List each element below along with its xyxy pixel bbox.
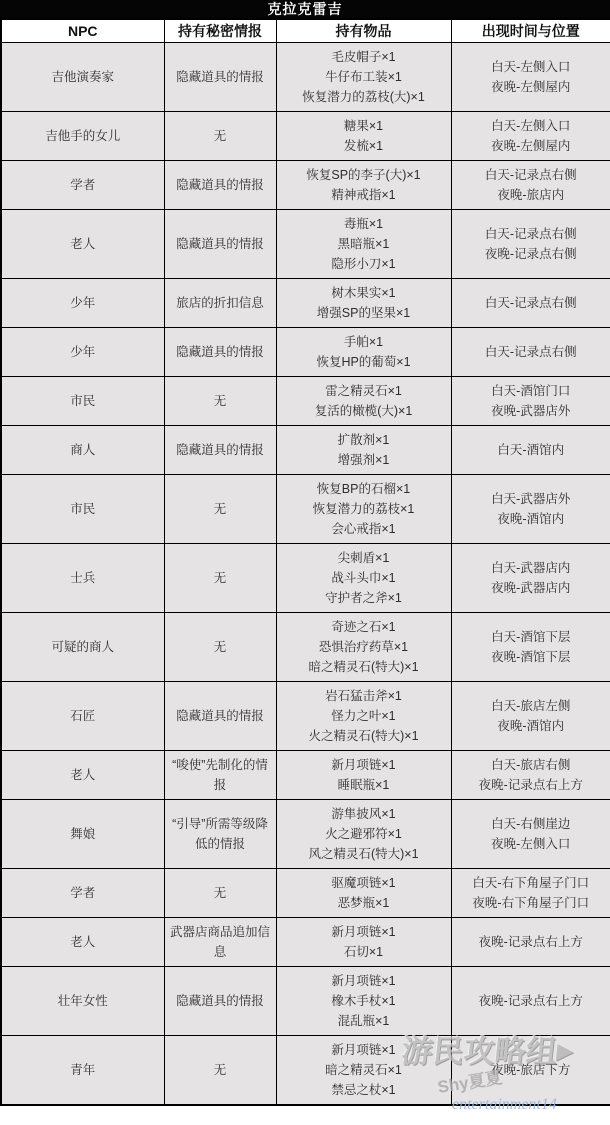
npc-name-cell: 舞娘 [1,800,164,869]
secret-info-cell: “引导”所需等级降低的情报 [164,800,276,869]
secret-info-cell: 隐藏道具的情报 [164,967,276,1036]
guide-table-page: 克拉克雷吉 NPC 持有秘密情报 持有物品 出现时间与位置 吉他演奏家 隐藏道具… [0,0,610,1125]
table-body: 吉他演奏家 隐藏道具的情报 毛皮帽子×1 牛仔布工装×1 恢复潜力的荔枝(大)×… [1,43,610,1106]
secret-info-cell: 无 [164,112,276,161]
table-row: 吉他演奏家 隐藏道具的情报 毛皮帽子×1 牛仔布工装×1 恢复潜力的荔枝(大)×… [1,43,610,112]
time-location-cell: 夜晚-旅店下方 [451,1036,610,1106]
time-location-cell: 白天-记录点右侧 夜晚-旅店内 [451,161,610,210]
column-header-items: 持有物品 [276,19,451,43]
secret-info-cell: 隐藏道具的情报 [164,43,276,112]
npc-name-cell: 学者 [1,869,164,918]
items-cell: 恢复SP的李子(大)×1 精神戒指×1 [276,161,451,210]
items-cell: 游隼披风×1 火之避邪符×1 风之精灵石(特大)×1 [276,800,451,869]
items-cell: 尖刺盾×1 战斗头巾×1 守护者之斧×1 [276,544,451,613]
time-location-cell: 白天-武器店内 夜晚-武器店内 [451,544,610,613]
secret-info-cell: 隐藏道具的情报 [164,161,276,210]
time-location-cell: 白天-酒馆门口 夜晚-武器店外 [451,377,610,426]
items-cell: 新月项链×1 暗之精灵石×1 禁忌之杖×1 [276,1036,451,1106]
npc-name-cell: 市民 [1,377,164,426]
table-row: 吉他手的女儿 无 糖果×1 发梳×1 白天-左侧入口 夜晚-左侧屋内 [1,112,610,161]
table-header: NPC 持有秘密情报 持有物品 出现时间与位置 [1,19,610,43]
header-row: NPC 持有秘密情报 持有物品 出现时间与位置 [1,19,610,43]
secret-info-cell: 无 [164,1036,276,1106]
column-header-secret-info: 持有秘密情报 [164,19,276,43]
time-location-cell: 白天-旅店左侧 夜晚-酒馆内 [451,682,610,751]
npc-name-cell: 青年 [1,1036,164,1106]
time-location-cell: 夜晚-记录点右上方 [451,967,610,1036]
secret-info-cell: “唆使”先制化的情报 [164,751,276,800]
items-cell: 恢复BP的石榴×1 恢复潜力的荔枝×1 会心戒指×1 [276,475,451,544]
items-cell: 毛皮帽子×1 牛仔布工装×1 恢复潜力的荔枝(大)×1 [276,43,451,112]
npc-info-table: NPC 持有秘密情报 持有物品 出现时间与位置 吉他演奏家 隐藏道具的情报 毛皮… [0,18,610,1106]
items-cell: 新月项链×1 石切×1 [276,918,451,967]
table-row: 少年 隐藏道具的情报 手帕×1 恢复HP的葡萄×1 白天-记录点右侧 [1,328,610,377]
npc-name-cell: 吉他演奏家 [1,43,164,112]
secret-info-cell: 无 [164,613,276,682]
table-row: 少年 旅店的折扣信息 树木果实×1 增强SP的坚果×1 白天-记录点右侧 [1,279,610,328]
items-cell: 糖果×1 发梳×1 [276,112,451,161]
time-location-cell: 白天-右下角屋子门口 夜晚-右下角屋子门口 [451,869,610,918]
npc-name-cell: 学者 [1,161,164,210]
secret-info-cell: 无 [164,377,276,426]
table-row: 老人 “唆使”先制化的情报 新月项链×1 睡眠瓶×1 白天-旅店右侧 夜晚-记录… [1,751,610,800]
npc-name-cell: 吉他手的女儿 [1,112,164,161]
secret-info-cell: 无 [164,475,276,544]
items-cell: 新月项链×1 睡眠瓶×1 [276,751,451,800]
table-row: 壮年女性 隐藏道具的情报 新月项链×1 橡木手杖×1 混乱瓶×1 夜晚-记录点右… [1,967,610,1036]
time-location-cell: 白天-武器店外 夜晚-酒馆内 [451,475,610,544]
secret-info-cell: 隐藏道具的情报 [164,328,276,377]
table-row: 可疑的商人 无 奇迹之石×1 恐惧治疗药草×1 暗之精灵石(特大)×1 白天-酒… [1,613,610,682]
table-row: 老人 隐藏道具的情报 毒瓶×1 黑暗瓶×1 隐形小刀×1 白天-记录点右侧 夜晚… [1,210,610,279]
npc-name-cell: 市民 [1,475,164,544]
time-location-cell: 白天-右侧崖边 夜晚-左侧入口 [451,800,610,869]
secret-info-cell: 武器店商品追加信息 [164,918,276,967]
npc-name-cell: 老人 [1,751,164,800]
table-row: 石匠 隐藏道具的情报 岩石猛击斧×1 怪力之叶×1 火之精灵石(特大)×1 白天… [1,682,610,751]
npc-name-cell: 少年 [1,328,164,377]
items-cell: 树木果实×1 增强SP的坚果×1 [276,279,451,328]
items-cell: 驱魔项链×1 恶梦瓶×1 [276,869,451,918]
table-row: 学者 隐藏道具的情报 恢复SP的李子(大)×1 精神戒指×1 白天-记录点右侧 … [1,161,610,210]
npc-name-cell: 士兵 [1,544,164,613]
table-row: 青年 无 新月项链×1 暗之精灵石×1 禁忌之杖×1 夜晚-旅店下方 [1,1036,610,1106]
time-location-cell: 白天-左侧入口 夜晚-左侧屋内 [451,43,610,112]
table-row: 学者 无 驱魔项链×1 恶梦瓶×1 白天-右下角屋子门口 夜晚-右下角屋子门口 [1,869,610,918]
npc-name-cell: 老人 [1,918,164,967]
npc-name-cell: 壮年女性 [1,967,164,1036]
items-cell: 新月项链×1 橡木手杖×1 混乱瓶×1 [276,967,451,1036]
npc-name-cell: 老人 [1,210,164,279]
npc-name-cell: 可疑的商人 [1,613,164,682]
items-cell: 奇迹之石×1 恐惧治疗药草×1 暗之精灵石(特大)×1 [276,613,451,682]
npc-name-cell: 商人 [1,426,164,475]
secret-info-cell: 隐藏道具的情报 [164,682,276,751]
table-row: 市民 无 恢复BP的石榴×1 恢复潜力的荔枝×1 会心戒指×1 白天-武器店外 … [1,475,610,544]
items-cell: 扩散剂×1 增强剂×1 [276,426,451,475]
column-header-time-location: 出现时间与位置 [451,19,610,43]
items-cell: 手帕×1 恢复HP的葡萄×1 [276,328,451,377]
secret-info-cell: 隐藏道具的情报 [164,210,276,279]
time-location-cell: 白天-旅店右侧 夜晚-记录点右上方 [451,751,610,800]
npc-name-cell: 石匠 [1,682,164,751]
time-location-cell: 白天-记录点右侧 [451,328,610,377]
items-cell: 岩石猛击斧×1 怪力之叶×1 火之精灵石(特大)×1 [276,682,451,751]
secret-info-cell: 无 [164,869,276,918]
time-location-cell: 白天-酒馆下层 夜晚-酒馆下层 [451,613,610,682]
table-row: 士兵 无 尖刺盾×1 战斗头巾×1 守护者之斧×1 白天-武器店内 夜晚-武器店… [1,544,610,613]
table-row: 舞娘 “引导”所需等级降低的情报 游隼披风×1 火之避邪符×1 风之精灵石(特大… [1,800,610,869]
time-location-cell: 白天-左侧入口 夜晚-左侧屋内 [451,112,610,161]
secret-info-cell: 隐藏道具的情报 [164,426,276,475]
npc-name-cell: 少年 [1,279,164,328]
time-location-cell: 白天-记录点右侧 夜晚-记录点右侧 [451,210,610,279]
table-row: 商人 隐藏道具的情报 扩散剂×1 增强剂×1 白天-酒馆内 [1,426,610,475]
column-header-npc: NPC [1,19,164,43]
table-row: 老人 武器店商品追加信息 新月项链×1 石切×1 夜晚-记录点右上方 [1,918,610,967]
secret-info-cell: 旅店的折扣信息 [164,279,276,328]
page-title: 克拉克雷吉 [0,0,610,18]
items-cell: 雷之精灵石×1 复活的橄榄(大)×1 [276,377,451,426]
time-location-cell: 白天-酒馆内 [451,426,610,475]
time-location-cell: 白天-记录点右侧 [451,279,610,328]
time-location-cell: 夜晚-记录点右上方 [451,918,610,967]
items-cell: 毒瓶×1 黑暗瓶×1 隐形小刀×1 [276,210,451,279]
table-row: 市民 无 雷之精灵石×1 复活的橄榄(大)×1 白天-酒馆门口 夜晚-武器店外 [1,377,610,426]
secret-info-cell: 无 [164,544,276,613]
